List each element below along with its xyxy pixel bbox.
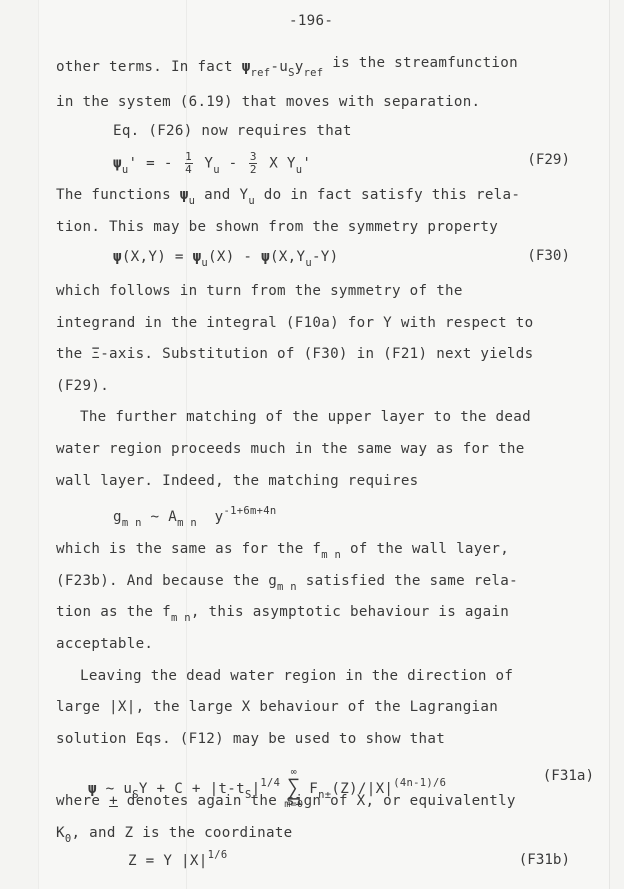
fraction-three-halves: 32 <box>249 152 257 175</box>
page-number: -196- <box>289 12 333 30</box>
text-line-25: K0, and Z is the coordinate <box>56 824 293 842</box>
equation-f30: ψ(X,Y) = ψu(X) - ψ(X,Yu-Y) <box>113 248 338 266</box>
text-line-3: Eq. (F26) now requires that <box>113 122 352 140</box>
text-line-11: (F29). <box>56 377 109 395</box>
text-line-19: acceptable. <box>56 635 153 653</box>
text-line-10: the Ξ-axis. Substitution of (F30) in (F2… <box>56 345 533 363</box>
equation-number-f30: (F30) <box>527 248 570 264</box>
text-line-8: which follows in turn from the symmetry … <box>56 282 463 300</box>
equation-number-f31a: (F31a) <box>543 768 594 784</box>
equation-f29: ψu' = - 14 Yu - 32 X Yu' <box>113 152 311 175</box>
text-line-5: The functions ψu and Yu do in fact satis… <box>56 186 520 204</box>
equation-f31b: Z = Y |X|1/6 <box>128 852 227 870</box>
text-line-16: which is the same as for the fm n of the… <box>56 540 509 558</box>
text-line-14: wall layer. Indeed, the matching require… <box>56 472 419 490</box>
equation-number-f29: (F29) <box>527 152 570 168</box>
text-line-6: tion. This may be shown from the symmetr… <box>56 218 498 236</box>
equation-number-f31b: (F31b) <box>519 852 570 868</box>
equation-matching: gm n ~ Am n y-1+6m+4n <box>113 508 276 526</box>
text-line-9: integrand in the integral (F10a) for Y w… <box>56 314 533 332</box>
text-line-1: other terms. In fact ψref-uSyref is the … <box>56 58 518 76</box>
text-line-22: solution Eqs. (F12) may be used to show … <box>56 730 445 748</box>
text-line-18: tion as the fm n, this asymptotic behavi… <box>56 603 509 621</box>
text-line-20: Leaving the dead water region in the dir… <box>80 667 513 685</box>
fraction-one-quarter: 14 <box>185 152 193 175</box>
text-line-17: (F23b). And because the gm n satisfied t… <box>56 572 518 590</box>
text-line-13: water region proceeds much in the same w… <box>56 440 525 458</box>
text-line-21: large |X|, the large X behaviour of the … <box>56 698 498 716</box>
text-line-2: in the system (6.19) that moves with sep… <box>56 93 480 111</box>
text-line-12: The further matching of the upper layer … <box>80 408 531 426</box>
text-line-24: where + denotes again the sign of X, or … <box>56 792 516 810</box>
